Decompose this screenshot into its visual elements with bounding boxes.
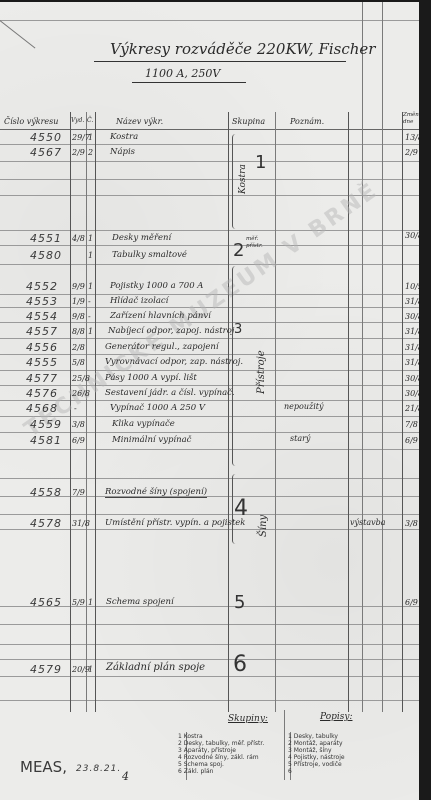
legend-item: 4 Pojistky, nástroje [288, 754, 345, 761]
row-line [0, 264, 419, 265]
change-date: 2/9 [405, 148, 418, 157]
col-divider [86, 112, 87, 712]
drawing-number: 4552 [26, 280, 58, 293]
header-note: Poznám. [290, 117, 324, 126]
note: výstavba [350, 518, 386, 527]
group-number: 4 [234, 496, 248, 521]
drawing-name: Pojistky 1000 a 700 A [110, 281, 203, 291]
index: - [88, 312, 91, 321]
row-line [0, 676, 419, 677]
drawing-name: Hlídač izolací [110, 296, 168, 306]
drawing-name: Kostra [110, 132, 138, 142]
issue-date: 5/9 [72, 598, 85, 607]
change-date: 31/8 [405, 327, 419, 336]
change-date: 13/8 [405, 133, 419, 142]
row-line [0, 659, 419, 660]
drawing-number: 4559 [30, 418, 62, 431]
drawing-number: 4551 [30, 232, 62, 245]
initials: 4 [122, 770, 129, 783]
row-line [0, 514, 419, 515]
index: 1 [88, 665, 93, 674]
drawing-name: Umístění přístr. vypín. a pojistek [105, 518, 245, 528]
row-line [0, 338, 419, 339]
document-page: TECHNICKÉ MUZEUM V BRNĚ Výkresy rozváděč… [0, 2, 419, 800]
row-line [0, 449, 419, 450]
drawing-name: Základní plán spoje [106, 662, 205, 673]
group-number: 2 [233, 240, 244, 261]
header-index: Č. [87, 117, 93, 124]
drawing-name: Minimální vypínač [112, 435, 191, 445]
change-date: 7/8 [405, 420, 418, 429]
change-date: 30/8 [405, 312, 419, 321]
issue-date: 9/8 [72, 312, 85, 321]
drawing-name: Vypínač 1000 A 250 V [110, 403, 205, 413]
issue-date: 26/8 [72, 389, 90, 398]
change-date: 10/9 [405, 282, 419, 291]
legend-item: 3 Montáž, šíny [288, 747, 332, 754]
drawing-number: 4554 [26, 310, 58, 323]
index: 1 [88, 251, 93, 260]
issue-date: 2/9 [72, 148, 85, 157]
change-date: 21/8 [405, 404, 419, 413]
drawing-number: 4557 [26, 325, 58, 338]
change-date: 6/9 [405, 598, 418, 607]
legend-item: 3 Aparáty, přístroje [178, 747, 236, 754]
index: 1 [88, 327, 93, 336]
issue-date: 25/8 [72, 374, 90, 383]
index: 1 [88, 234, 93, 243]
drawing-number: 4567 [30, 146, 62, 159]
drawing-name: Rozvodné šíny (spojení) [105, 487, 207, 498]
row-line [0, 179, 419, 180]
drawing-name: Generátor regul., zapojení [105, 342, 219, 352]
issue-date: 8/8 [72, 327, 85, 336]
row-line [0, 606, 419, 607]
issue-date: 3/8 [72, 420, 85, 429]
drawing-name: Pásy 1000 A vypí. lišt [105, 373, 197, 383]
drawing-number: 4581 [30, 434, 62, 447]
legend-item: 6 [288, 768, 292, 775]
header-date: Vyd. [71, 117, 84, 124]
drawing-name: Schema spojení [106, 597, 174, 607]
subtitle-underline [132, 82, 246, 83]
drawing-name: Klika vypínače [112, 419, 175, 429]
index: - [88, 297, 91, 306]
col-divider [402, 112, 403, 712]
change-date: 31/8 [405, 297, 419, 306]
index: 1 [88, 598, 93, 607]
signature: MEAS, [20, 758, 67, 776]
document-title: Výkresy rozváděče 220KW, Fischer [110, 40, 375, 58]
row-line [0, 432, 419, 433]
header-change: Změna dne [403, 112, 419, 126]
col-divider [382, 2, 383, 112]
change-date: 30/8 [405, 374, 419, 383]
change-date: 31/8 [405, 343, 419, 352]
drawing-number: 4550 [30, 131, 62, 144]
top-border-line [0, 20, 419, 21]
issue-date: 6/9 [72, 436, 85, 445]
group-brace [232, 266, 239, 466]
legend-item: 5 Schema spoj. [178, 761, 224, 768]
issue-date: - [74, 404, 77, 413]
row-line [0, 144, 419, 145]
legend-item: 2 Desky, tabulky, měř. přístr. [178, 740, 264, 747]
row-line [0, 496, 419, 497]
drawing-name: Zařízení hlavních pánví [110, 311, 211, 321]
row-line [0, 370, 419, 371]
index: 2 [88, 148, 93, 157]
row-line [0, 161, 419, 162]
group-label: měř. přístr. [246, 236, 266, 250]
legend-item: 1 Desky, tabulky [288, 733, 338, 740]
drawing-number: 4578 [30, 517, 62, 530]
col-divider [95, 112, 96, 712]
legend-item: 1 Kostra [178, 733, 203, 740]
row-line [0, 230, 419, 231]
row-line [0, 478, 419, 479]
drawing-name: Nápis [110, 147, 135, 157]
issue-date: 4/8 [72, 234, 85, 243]
col-divider [228, 112, 229, 712]
index: 1 [88, 133, 93, 142]
legend-item: 2 Montáž, aparáty [288, 740, 343, 747]
drawing-number: 4576 [26, 387, 58, 400]
change-date: 6/9 [405, 436, 418, 445]
issue-date: 31/8 [72, 519, 90, 528]
group-label: Přístroje [256, 350, 267, 394]
change-date: 30/8 [405, 231, 419, 240]
col-divider [275, 112, 276, 712]
drawing-number: 4580 [30, 249, 62, 262]
row-line [0, 322, 419, 323]
group-label: Šíny [258, 515, 269, 537]
change-date: 3/8 [405, 519, 418, 528]
issue-date: 5/8 [72, 358, 85, 367]
legend-item: 6 Zákl. plán [178, 768, 213, 775]
header-group: Skupina [232, 117, 265, 126]
drawing-number: 4556 [26, 341, 58, 354]
header-name: Název výkr. [116, 117, 163, 126]
legend-descr-title: Popisy: [320, 712, 352, 722]
issue-date: 2/8 [72, 343, 85, 352]
row-line [0, 529, 419, 530]
note: starý [290, 434, 310, 443]
drawing-name: Tabulky smaltové [112, 250, 187, 260]
row-line [0, 644, 419, 645]
col-divider [382, 112, 383, 712]
legend-item: 5 Přístroje, vodiče [288, 761, 342, 768]
drawing-number: 4555 [26, 356, 58, 369]
index: 1 [88, 282, 93, 291]
group-number: 1 [255, 152, 266, 173]
drawing-name: Nabíjecí odpor, zapoj. nástroj. [108, 326, 237, 336]
change-date: 31/8 [405, 358, 419, 367]
document-subtitle: 1100 A, 250V [145, 67, 220, 80]
drawing-number: 4558 [30, 486, 62, 499]
group-number: 6 [233, 652, 247, 677]
row-line [0, 354, 419, 355]
group-label: Kostra [238, 164, 248, 194]
drawing-name: Sestavení jádr. a čísl. vypínač. [105, 388, 235, 398]
drawing-number: 4577 [26, 372, 58, 385]
header-number: Číslo výkresu [4, 117, 58, 126]
legend-divider [284, 710, 285, 780]
signature-date: 23.8.21. [76, 764, 121, 774]
drawing-number: 4579 [30, 663, 62, 676]
row-line [0, 385, 419, 386]
legend-item: 4 Rozvodné šíny, zákl. rám [178, 754, 259, 761]
drawing-number: 4568 [26, 402, 58, 415]
change-date: 30/8 [405, 389, 419, 398]
header-separator [0, 129, 419, 130]
corner-diagonal [0, 20, 35, 48]
drawing-number: 4565 [30, 596, 62, 609]
row-line [0, 245, 419, 246]
drawing-name: Vyrovnávací odpor, zap. nástroj. [105, 357, 243, 367]
note: nepoužitý [284, 402, 323, 411]
issue-date: 1/9 [72, 297, 85, 306]
row-line [0, 624, 419, 625]
issue-date: 7/9 [72, 488, 85, 497]
drawing-number: 4553 [26, 295, 58, 308]
row-line [0, 700, 419, 701]
legend-groups-title: Skupiny: [228, 714, 268, 724]
title-underline [94, 61, 346, 62]
issue-date: 9/9 [72, 282, 85, 291]
drawing-name: Desky měření [112, 233, 171, 243]
group-number: 5 [234, 592, 245, 613]
group-number: 3 [234, 322, 242, 337]
